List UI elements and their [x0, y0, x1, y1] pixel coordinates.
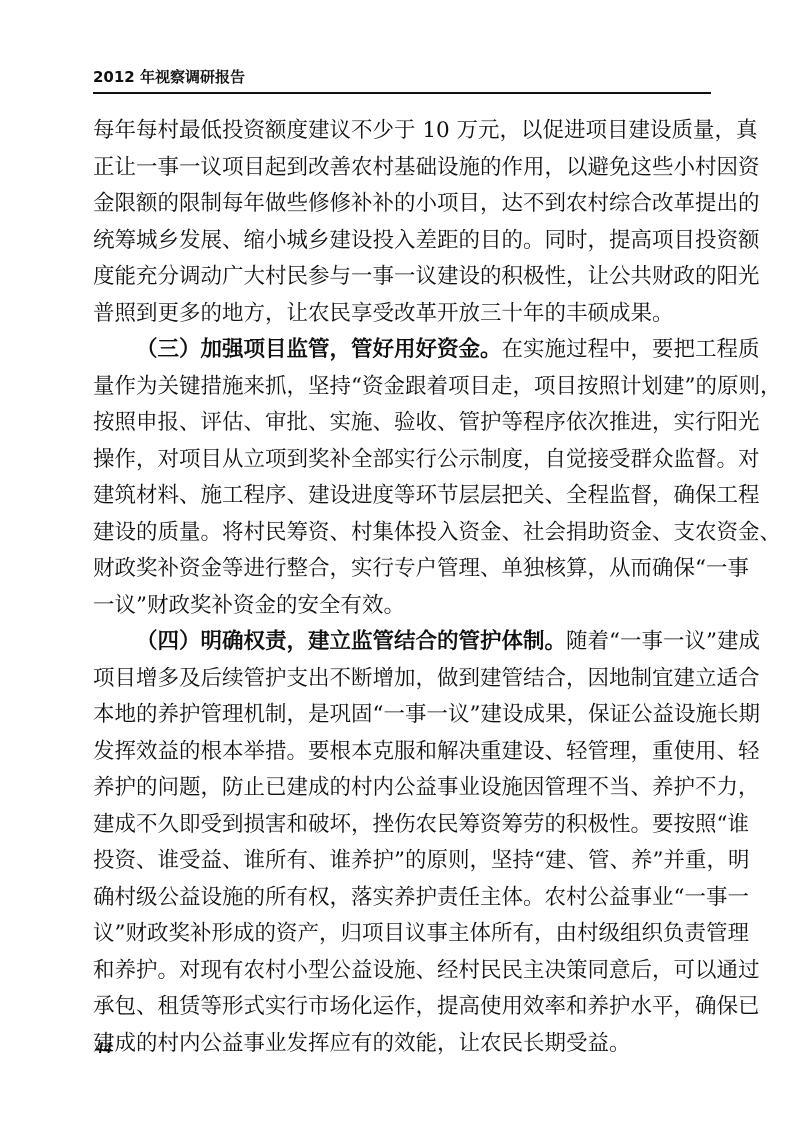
text-line: 量作为关键措施来抓，坚持“资金跟着项目走，项目按照计划建”的原则， — [93, 369, 710, 406]
text-line: 和养护。对现有农村小型公益设施、经村民民主决策同意后，可以通过 — [93, 953, 710, 990]
section-heading-4: （四）明确权责，建立监管结合的管护体制。 — [136, 629, 566, 654]
section-heading-3: （三）加强项目监管，管好用好资金。 — [136, 337, 502, 362]
page-number: 44 — [95, 1038, 112, 1058]
text-line: 项目增多及后续管护支出不断增加，做到建管结合，因地制宜建立适合 — [93, 661, 710, 698]
text-line: 建设的质量。将村民筹资、村集体投入资金、社会捐助资金、支农资金、 — [93, 515, 710, 552]
text-line: 度能充分调动广大村民参与一事一议建设的积极性，让公共财政的阳光 — [93, 259, 710, 296]
text-line: 承包、租赁等形式实行市场化运作，提高使用效率和养护水平，确保已 — [93, 989, 710, 1026]
text-line: 按照申报、评估、审批、实施、验收、管护等程序依次推进，实行阳光 — [93, 405, 710, 442]
body-text: 每年每村最低投资额度建议不少于 10 万元，以促进项目建设质量，真 正让一事一议… — [93, 113, 710, 1062]
paragraph-3: （四）明确权责，建立监管结合的管护体制。随着“一事一议”建成 项目增多及后续管护… — [93, 624, 710, 1062]
text-line: 正让一事一议项目起到改善农村基础设施的作用，以避免这些小村因资 — [93, 150, 710, 187]
text-line: 普照到更多的地方，让农民享受改革开放三十年的丰硕成果。 — [93, 296, 710, 333]
text-line: 操作，对项目从立项到奖补全部实行公示制度，自觉接受群众监督。对 — [93, 442, 710, 479]
text-line: 财政奖补资金等进行整合，实行专户管理、单独核算，从而确保“一事 — [93, 551, 710, 588]
text-line: 发挥效益的根本举措。要根本克服和解决重建设、轻管理，重使用、轻 — [93, 734, 710, 771]
text-line: 建成不久即受到损害和破坏，挫伤农民筹资筹劳的积极性。要按照“谁 — [93, 807, 710, 844]
text-line: 建筑材料、施工程序、建设进度等环节层层把关、全程监督，确保工程 — [93, 478, 710, 515]
running-header: 2012 年视察调研报告 — [93, 66, 711, 94]
text-line-first: （四）明确权责，建立监管结合的管护体制。随着“一事一议”建成 — [93, 624, 710, 661]
text-line: 建成的村内公益事业发挥应有的效能，让农民长期受益。 — [93, 1026, 710, 1063]
text-line: 议”财政奖补形成的资产，归项目议事主体所有，由村级组织负责管理 — [93, 916, 710, 953]
text-line: 本地的养护管理机制，是巩固“一事一议”建设成果，保证公益设施长期 — [93, 697, 710, 734]
text-line: 每年每村最低投资额度建议不少于 10 万元，以促进项目建设质量，真 — [93, 113, 710, 150]
text-line: 投资、谁受益、谁所有、谁养护”的原则，坚持“建、管、养”并重，明 — [93, 843, 710, 880]
header-title: 2012 年视察调研报告 — [93, 66, 711, 88]
text-line: 金限额的限制每年做些修修补补的小项目，达不到农村综合改革提出的 — [93, 186, 710, 223]
text-run: 随着“一事一议”建成 — [566, 629, 760, 654]
text-line-first: （三）加强项目监管，管好用好资金。在实施过程中，要把工程质 — [93, 332, 710, 369]
text-line: 确村级公益设施的所有权，落实养护责任主体。农村公益事业“一事一 — [93, 880, 710, 917]
paragraph-2: （三）加强项目监管，管好用好资金。在实施过程中，要把工程质 量作为关键措施来抓，… — [93, 332, 710, 624]
text-line: 一议”财政奖补资金的安全有效。 — [93, 588, 710, 625]
text-line: 养护的问题，防止已建成的村内公益事业设施因管理不当、养护不力， — [93, 770, 710, 807]
paragraph-1: 每年每村最低投资额度建议不少于 10 万元，以促进项目建设质量，真 正让一事一议… — [93, 113, 710, 332]
text-run: 在实施过程中，要把工程质 — [502, 337, 760, 362]
text-line: 统筹城乡发展、缩小城乡建设投入差距的目的。同时，提高项目投资额 — [93, 223, 710, 260]
